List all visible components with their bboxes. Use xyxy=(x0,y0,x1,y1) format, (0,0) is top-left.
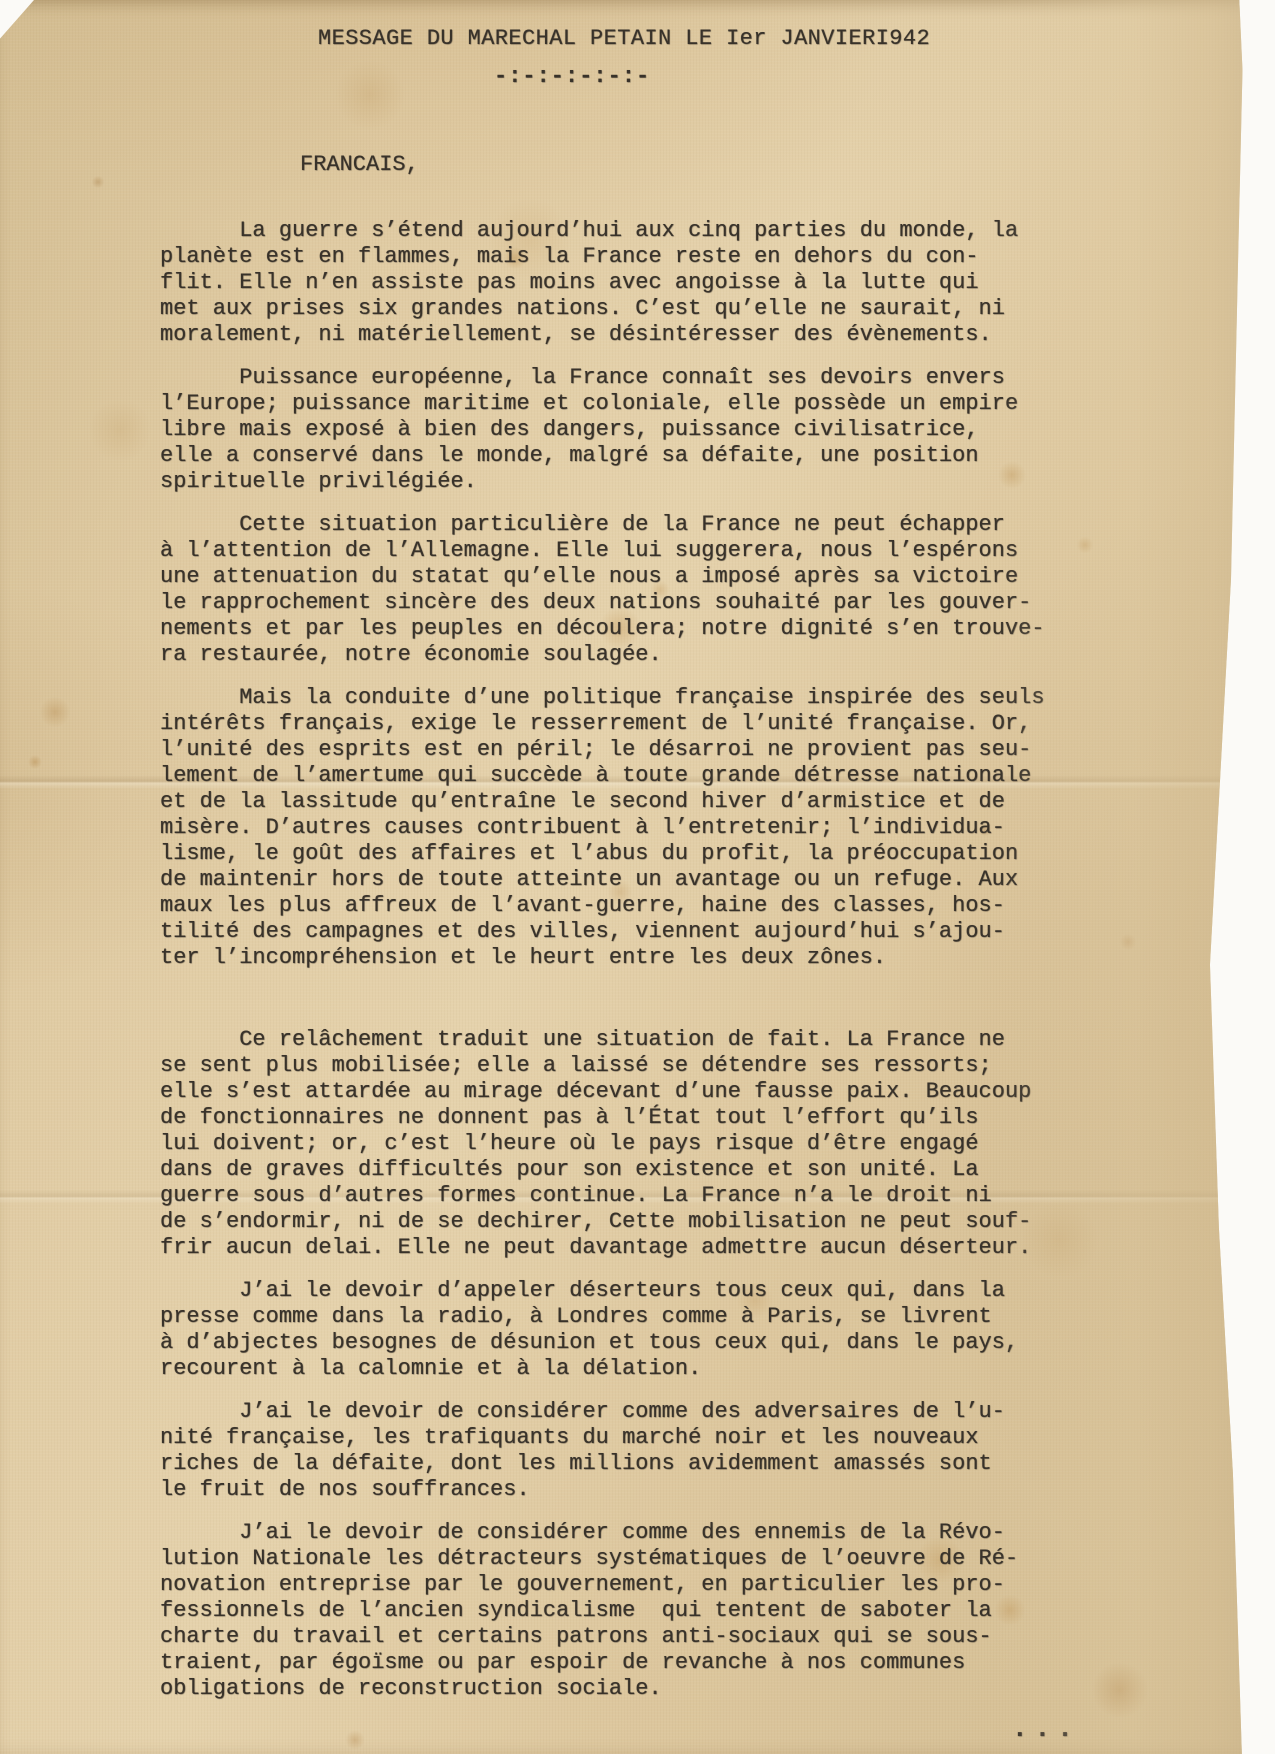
text-line: l’Europe; puissance maritime et colonial… xyxy=(160,391,1045,417)
text-line: le fruit de nos souffrances. xyxy=(160,1477,1045,1503)
text-line: à d’abjectes besognes de désunion et tou… xyxy=(160,1330,1045,1356)
text-line: libre mais exposé à bien des dangers, pu… xyxy=(160,417,1045,443)
text-line: lisme, le goût des affaires et l’abus du… xyxy=(160,841,1045,867)
ending-dots: ... xyxy=(1012,1714,1080,1744)
text-line: fessionnels de l’ancien syndicalisme qui… xyxy=(160,1598,1045,1624)
paragraph: Ce relâchement traduit une situation de … xyxy=(160,1027,1045,1261)
text-line: Puissance européenne, la France connaît … xyxy=(160,365,1045,391)
title-separator: -:-:-:-:-:- xyxy=(494,64,650,89)
text-line: à l’attention de l’Allemagne. Elle lui s… xyxy=(160,538,1045,564)
text-line: tilité des campagnes et des villes, vien… xyxy=(160,919,1045,945)
text-line: traient, par égoïsme ou par espoir de re… xyxy=(160,1650,1045,1676)
text-line: guerre sous d’autres formes continue. La… xyxy=(160,1183,1045,1209)
paragraph: Cette situation particulière de la Franc… xyxy=(160,512,1045,668)
paragraph: Puissance européenne, la France connaît … xyxy=(160,365,1045,495)
typewritten-content: MESSAGE DU MARECHAL PETAIN LE Ier JANVIE… xyxy=(0,0,1275,1754)
text-line: elle s’est attardée au mirage décevant d… xyxy=(160,1079,1045,1105)
text-line: spirituelle privilégiée. xyxy=(160,469,1045,495)
text-line: lui doivent; or, c’est l’heure où le pay… xyxy=(160,1131,1045,1157)
text-line: ter l’incompréhension et le heurt entre … xyxy=(160,945,1045,971)
text-line: lement de l’amertume qui succède à toute… xyxy=(160,763,1045,789)
text-line: lution Nationale les détracteurs systéma… xyxy=(160,1546,1045,1572)
text-line: presse comme dans la radio, à Londres co… xyxy=(160,1304,1045,1330)
text-line: planète est en flammes, mais la France r… xyxy=(160,244,1045,270)
text-line: moralement, ni matériellement, se désint… xyxy=(160,322,1045,348)
text-line: de maintenir hors de toute atteinte un a… xyxy=(160,867,1045,893)
text-line: met aux prises six grandes nations. C’es… xyxy=(160,296,1045,322)
text-line: maux les plus affreux de l’avant-guerre,… xyxy=(160,893,1045,919)
text-line: ra restaurée, notre économie soulagée. xyxy=(160,642,1045,668)
text-line: misère. D’autres causes contribuent à l’… xyxy=(160,815,1045,841)
text-line: l’unité des esprits est en péril; le dés… xyxy=(160,737,1045,763)
text-line: nements et par les peuples en découlera;… xyxy=(160,616,1045,642)
text-line: J’ai le devoir de considérer comme des e… xyxy=(160,1520,1045,1546)
text-line: dans de graves difficultés pour son exis… xyxy=(160,1157,1045,1183)
text-line: nité française, les trafiquants du march… xyxy=(160,1425,1045,1451)
text-line: Mais la conduite d’une politique françai… xyxy=(160,685,1045,711)
text-line: une attenuation du statat qu’elle nous a… xyxy=(160,564,1045,590)
scan-background: MESSAGE DU MARECHAL PETAIN LE Ier JANVIE… xyxy=(0,0,1275,1754)
text-line: J’ai le devoir d’appeler déserteurs tous… xyxy=(160,1278,1045,1304)
text-line: J’ai le devoir de considérer comme des a… xyxy=(160,1399,1045,1425)
text-line: recourent à la calomnie et à la délation… xyxy=(160,1356,1045,1382)
text-line: le rapprochement sincère des deux nation… xyxy=(160,590,1045,616)
text-line: riches de la défaite, dont les millions … xyxy=(160,1451,1045,1477)
text-line: de s’endormir, ni de se dechirer, Cette … xyxy=(160,1209,1045,1235)
text-line: intérêts français, exige le resserrement… xyxy=(160,711,1045,737)
text-line: La guerre s’étend aujourd’hui aux cinq p… xyxy=(160,218,1045,244)
text-line: Cette situation particulière de la Franc… xyxy=(160,512,1045,538)
text-line: se sent plus mobilisée; elle a laissé se… xyxy=(160,1053,1045,1079)
document-body: La guerre s’étend aujourd’hui aux cinq p… xyxy=(160,218,1045,1719)
text-line: Ce relâchement traduit une situation de … xyxy=(160,1027,1045,1053)
text-line: et de la lassitude qu’entraîne le second… xyxy=(160,789,1045,815)
paragraph: La guerre s’étend aujourd’hui aux cinq p… xyxy=(160,218,1045,348)
document-page: MESSAGE DU MARECHAL PETAIN LE Ier JANVIE… xyxy=(0,0,1275,1754)
text-line: charte du travail et certains patrons an… xyxy=(160,1624,1045,1650)
text-line: obligations de reconstruction sociale. xyxy=(160,1676,1045,1702)
text-line: flit. Elle n’en assiste pas moins avec a… xyxy=(160,270,1045,296)
paragraph: J’ai le devoir de considérer comme des e… xyxy=(160,1520,1045,1702)
paragraph: Mais la conduite d’une politique françai… xyxy=(160,685,1045,971)
text-line: elle a conservé dans le monde, malgré sa… xyxy=(160,443,1045,469)
paragraph: J’ai le devoir d’appeler déserteurs tous… xyxy=(160,1278,1045,1382)
document-title: MESSAGE DU MARECHAL PETAIN LE Ier JANVIE… xyxy=(318,26,930,51)
salutation: FRANCAIS, xyxy=(300,152,419,177)
text-line: frir aucun delai. Elle ne peut davantage… xyxy=(160,1235,1045,1261)
paragraph: J’ai le devoir de considérer comme des a… xyxy=(160,1399,1045,1503)
text-line: novation entreprise par le gouvernement,… xyxy=(160,1572,1045,1598)
text-line: de fonctionnaires ne donnent pas à l’Éta… xyxy=(160,1105,1045,1131)
